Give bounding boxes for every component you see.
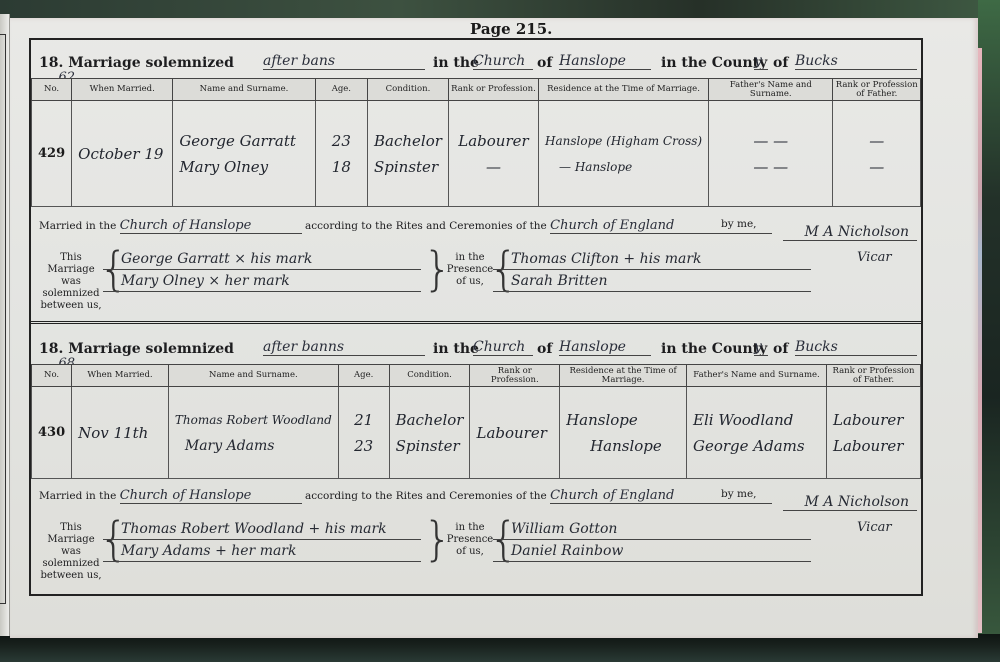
entry-table: No. When Married. Name and Surname. Age.… <box>31 78 921 207</box>
when-married: Nov 11th <box>72 387 169 479</box>
label-line: This Marriage <box>39 522 103 546</box>
marriage-register-table: 1862. Marriage solemnized after bans in … <box>29 38 923 596</box>
bride-age: 23 <box>345 433 383 459</box>
col-father-name: Father's Name and Surname. <box>709 79 833 101</box>
column-headers: No. When Married. Name and Surname. Age.… <box>32 365 921 387</box>
according-to-label: according to the Rites and Ceremonies of… <box>305 490 547 502</box>
col-no: No. <box>32 79 72 101</box>
label-line: This Marriage <box>39 252 103 276</box>
groom-residence: Hanslope <box>566 407 680 433</box>
col-when-married: When Married. <box>72 365 169 387</box>
when-married-value: Nov 11th <box>78 420 162 446</box>
place-type: Church <box>473 53 533 70</box>
married-in-label: Married in the <box>39 220 116 232</box>
col-rank: Rank or Profession. <box>470 365 560 387</box>
county-suffix: y <box>754 53 768 70</box>
conditions: BachelorSpinster <box>368 101 449 207</box>
according-to-label: according to the Rites and Ceremonies of… <box>305 220 547 232</box>
father-ranks: LabourerLabourer <box>827 387 921 479</box>
marriage-entry-430: 1868. Marriage solemnized after banns in… <box>31 326 921 594</box>
page-number: Page 215. <box>470 20 552 38</box>
col-residence: Residence at the Time of Marriage. <box>560 365 687 387</box>
place-type: Church <box>473 339 533 356</box>
bride-residence: — Hanslope <box>545 154 702 180</box>
party-signatures: George Garratt × his mark Mary Olney × h… <box>103 248 421 292</box>
groom-age: 21 <box>345 407 383 433</box>
ranks: Labourer <box>470 387 560 479</box>
register-page: Page 215. 1862. Marriage solemnized afte… <box>10 18 978 638</box>
entry-number: 430 <box>32 387 72 479</box>
col-name: Name and Surname. <box>173 79 315 101</box>
witness-signatures: Thomas Clifton + his mark Sarah Britten <box>493 248 811 292</box>
col-age: Age. <box>315 79 367 101</box>
groom-residence: Hanslope (Higham Cross) <box>545 128 702 154</box>
bride-father-rank: Labourer <box>833 433 914 459</box>
groom-rank: Labourer <box>476 420 553 446</box>
of-label: of <box>537 55 552 71</box>
fathers: Eli WoodlandGeorge Adams <box>687 387 827 479</box>
groom-father-rank: Labourer <box>833 407 914 433</box>
bride-signature: Mary Olney × her mark <box>103 270 421 292</box>
county-label: in the County <box>661 341 767 357</box>
column-headers: No. When Married. Name and Surname. Age.… <box>32 79 921 101</box>
page-edge-marbling <box>978 48 982 633</box>
entry-table: No. When Married. Name and Surname. Age.… <box>31 364 921 479</box>
by-me-label: by me, <box>721 488 757 500</box>
facing-page-edge <box>0 14 10 636</box>
minister-title: Vicar <box>857 520 892 535</box>
solemnized-label: . Marriage solemnized <box>58 55 233 71</box>
when-married: October 19 <box>72 101 173 207</box>
solemnized-manner: after banns <box>263 339 425 356</box>
bride-father: George Adams <box>693 433 820 459</box>
married-in-line: Married in the Church of Hanslope accord… <box>39 218 772 234</box>
col-name: Name and Surname. <box>168 365 338 387</box>
residences: HanslopeHanslope <box>560 387 687 479</box>
marriage-entry-429: 1862. Marriage solemnized after bans in … <box>31 40 921 324</box>
entry-headline: 1868. Marriage solemnized after banns in… <box>31 326 921 364</box>
witness-2-signature: Daniel Rainbow <box>493 540 811 562</box>
party-signatures: Thomas Robert Woodland + his mark Mary A… <box>103 518 421 562</box>
bride-name: Mary Adams <box>175 433 332 459</box>
groom-age: 23 <box>322 128 361 154</box>
minister-title: Vicar <box>857 250 892 265</box>
witness-signatures: William Gotton Daniel Rainbow <box>493 518 811 562</box>
bride-father-rank: — <box>839 154 914 180</box>
presence-label: in the Presence of us, <box>445 252 495 288</box>
county-of-label: of <box>773 55 788 71</box>
label-line: Presence <box>445 264 495 276</box>
this-marriage-label: This Marriage was solemnized between us, <box>39 522 103 582</box>
fathers: — —— — <box>709 101 833 207</box>
label-line: was <box>39 276 103 288</box>
groom-signature: George Garratt × his mark <box>103 248 421 270</box>
county: Bucks <box>795 339 917 356</box>
label-line: between us, <box>39 570 103 582</box>
bride-name: Mary Olney <box>179 154 308 180</box>
when-married-value: October 19 <box>78 141 166 167</box>
names: George GarrattMary Olney <box>173 101 315 207</box>
witness-2-signature: Sarah Britten <box>493 270 811 292</box>
parish: Hanslope <box>559 53 651 70</box>
label-line: solemnized <box>39 558 103 570</box>
ages: 2123 <box>338 387 389 479</box>
county: Bucks <box>795 53 917 70</box>
label-line: of us, <box>445 276 495 288</box>
ranks: Labourer— <box>448 101 538 207</box>
married-in-line: Married in the Church of Hanslope accord… <box>39 488 772 504</box>
solemnized-label: . Marriage solemnized <box>58 341 233 357</box>
groom-name: Thomas Robert Woodland <box>175 407 332 433</box>
book-cover-top <box>0 0 1000 20</box>
married-in-label: Married in the <box>39 490 116 502</box>
county-label: in the County <box>661 55 767 71</box>
bride-condition: Spinster <box>396 433 464 459</box>
col-rank: Rank or Profession. <box>448 79 538 101</box>
groom-condition: Bachelor <box>374 128 442 154</box>
groom-father: — — <box>715 128 826 154</box>
ages: 2318 <box>315 101 367 207</box>
col-age: Age. <box>338 365 389 387</box>
col-father-name: Father's Name and Surname. <box>687 365 827 387</box>
label-line: between us, <box>39 300 103 312</box>
parish: Hanslope <box>559 339 651 356</box>
county-suffix: y <box>754 339 768 356</box>
presence-label: in the Presence of us, <box>445 522 495 558</box>
label-line: solemnized <box>39 288 103 300</box>
col-condition: Condition. <box>389 365 470 387</box>
col-residence: Residence at the Time of Marriage. <box>539 79 709 101</box>
col-father-rank: Rank or Profession of Father. <box>833 79 921 101</box>
groom-condition: Bachelor <box>396 407 464 433</box>
col-condition: Condition. <box>368 79 449 101</box>
bride-residence: Hanslope <box>566 433 680 459</box>
county-of-label: of <box>773 341 788 357</box>
col-when-married: When Married. <box>72 79 173 101</box>
label-line: in the <box>445 522 495 534</box>
names: Thomas Robert WoodlandMary Adams <box>168 387 338 479</box>
label-line: was <box>39 546 103 558</box>
conditions: BachelorSpinster <box>389 387 470 479</box>
solemnized-manner: after bans <box>263 53 425 70</box>
minister-signature: M A Nicholson <box>783 224 917 241</box>
col-father-rank: Rank or Profession of Father. <box>827 365 921 387</box>
label-line: in the <box>445 252 495 264</box>
minister-signature: M A Nicholson <box>783 494 917 511</box>
residences: Hanslope (Higham Cross)— Hanslope <box>539 101 709 207</box>
book-cover-bottom <box>0 634 1000 662</box>
this-marriage-label: This Marriage was solemnized between us, <box>39 252 103 312</box>
bride-age: 18 <box>322 154 361 180</box>
bride-condition: Spinster <box>374 154 442 180</box>
entry-number: 429 <box>32 101 72 207</box>
groom-name: George Garratt <box>179 128 308 154</box>
bride-signature: Mary Adams + her mark <box>103 540 421 562</box>
table-row: 430 Nov 11th Thomas Robert WoodlandMary … <box>32 387 921 479</box>
entry-headline: 1862. Marriage solemnized after bans in … <box>31 40 921 78</box>
year-prefix: 18 <box>39 55 58 71</box>
witness-1-signature: Thomas Clifton + his mark <box>493 248 811 270</box>
groom-rank: Labourer <box>455 128 532 154</box>
bride-rank: — <box>455 154 532 180</box>
groom-father-rank: — <box>839 128 914 154</box>
year-prefix: 18 <box>39 341 58 357</box>
witness-1-signature: William Gotton <box>493 518 811 540</box>
col-no: No. <box>32 365 72 387</box>
by-me-label: by me, <box>721 218 757 230</box>
of-label: of <box>537 341 552 357</box>
father-ranks: —— <box>833 101 921 207</box>
married-in-place: Church of Hanslope <box>120 218 302 234</box>
groom-signature: Thomas Robert Woodland + his mark <box>103 518 421 540</box>
table-row: 429 October 19 George GarrattMary Olney … <box>32 101 921 207</box>
married-in-place: Church of Hanslope <box>120 488 302 504</box>
groom-father: Eli Woodland <box>693 407 820 433</box>
bride-father: — — <box>715 154 826 180</box>
label-line: Presence <box>445 534 495 546</box>
label-line: of us, <box>445 546 495 558</box>
